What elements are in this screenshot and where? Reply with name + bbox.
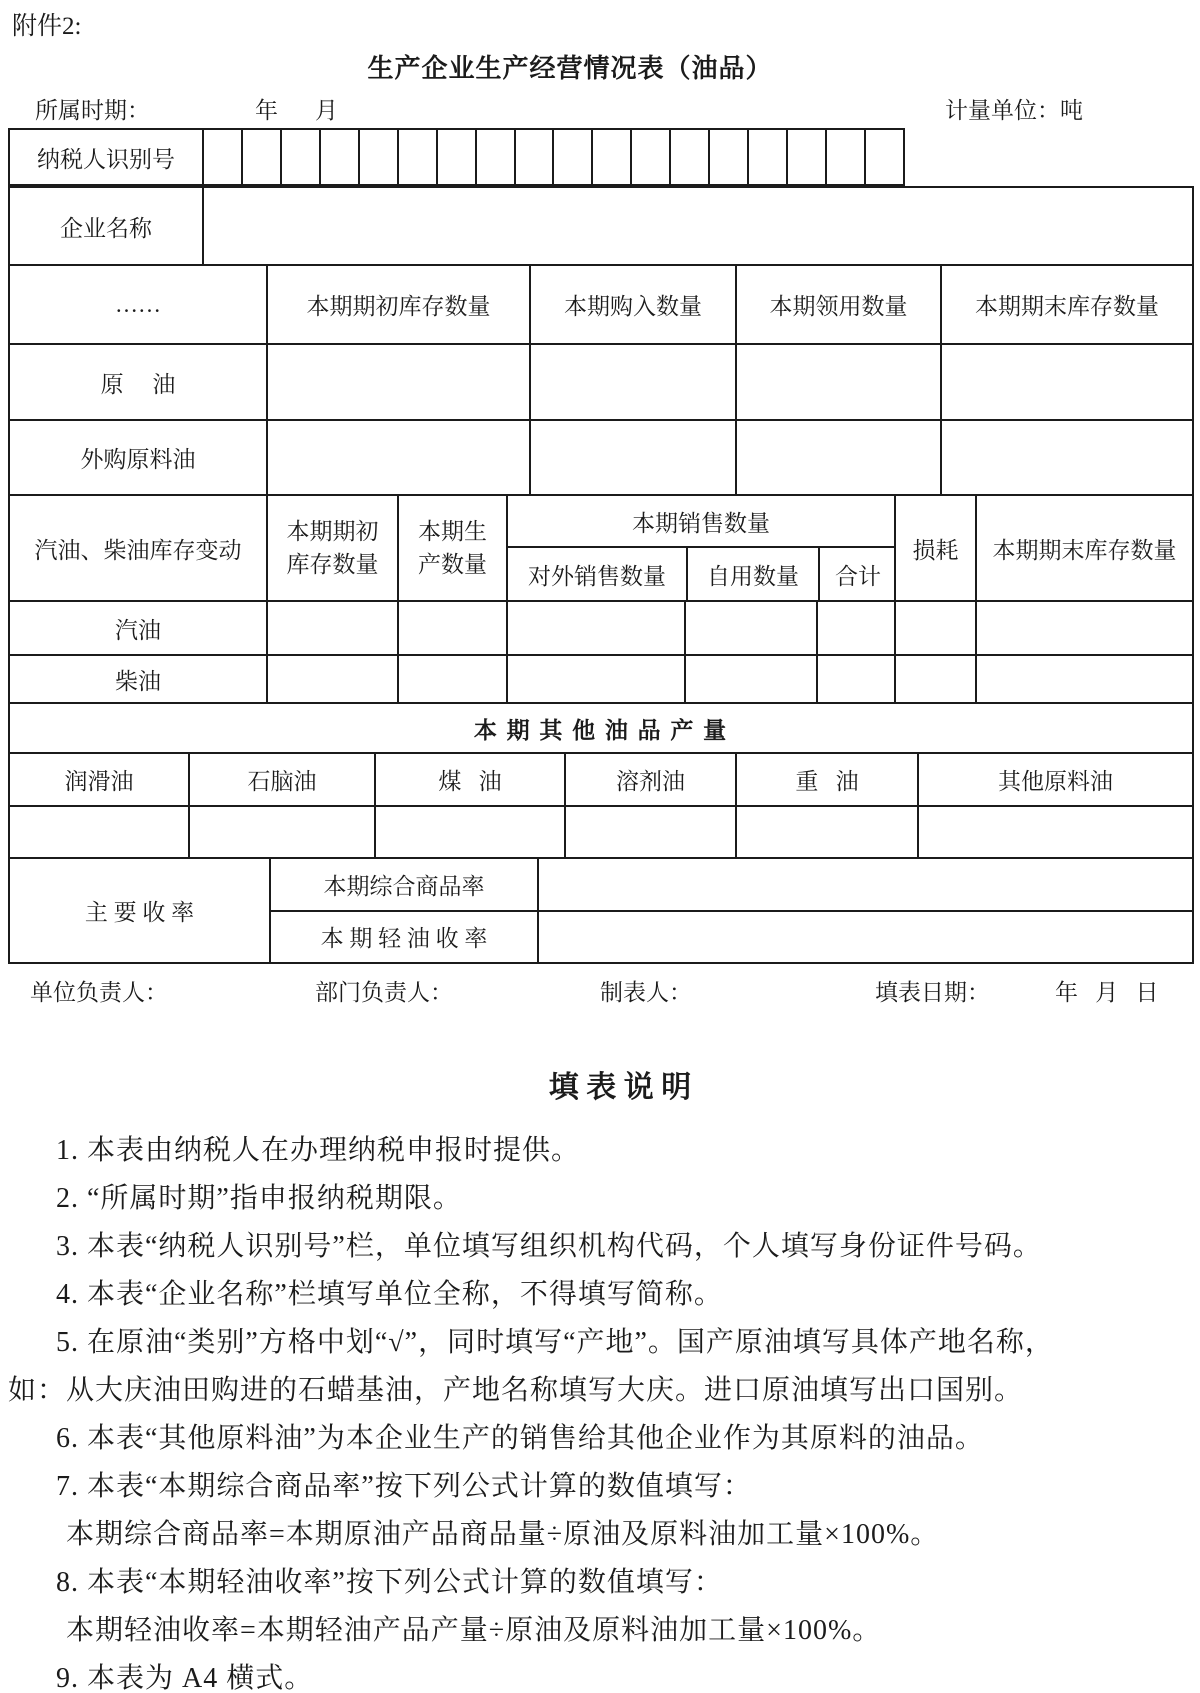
col-purchased-qty: 本期购入数量	[529, 266, 735, 343]
light-oil-yield-label: 本 期 轻 油 收 率	[271, 912, 539, 963]
col-loss: 损耗	[894, 496, 975, 600]
other-products-data-row	[10, 805, 1192, 857]
gasoline-row: 汽油	[10, 600, 1192, 654]
materials-corner-cell: ……	[10, 266, 266, 343]
col-self-use: 自用数量	[686, 548, 818, 600]
period-month-blank: 月	[315, 92, 338, 125]
other-feedstock-oil-cell	[917, 807, 1192, 857]
unit-head-label: 单位负责人：	[30, 974, 168, 1007]
taxpayer-id-box	[397, 130, 436, 184]
instruction-item-2: 2. “所属时期”指申报纳税期限。	[8, 1172, 1198, 1220]
col-sales-total: 合计	[818, 548, 896, 600]
crude-begin-stock-cell	[266, 345, 529, 419]
composite-rate-formula: 本期综合商品率=本期原油产品商品量÷原油及原料油加工量×100%。	[8, 1508, 1198, 1556]
sales-quantity-group: 本期销售数量 对外销售数量 自用数量 合计	[506, 496, 894, 600]
taxpayer-id-row: 纳税人识别号	[8, 128, 905, 186]
crude-purchased-cell	[529, 345, 735, 419]
light-oil-yield-formula: 本期轻油收率=本期轻油产品产量÷原油及原料油加工量×100%。	[8, 1604, 1198, 1652]
page-title: 生产企业生产经营情况表（油品）	[0, 48, 1140, 85]
diesel-begin-cell	[266, 656, 397, 702]
col-period-begin-stock: 本期期初 库存数量	[266, 496, 397, 600]
taxpayer-id-box	[436, 130, 475, 184]
sales-group-header: 本期销售数量	[508, 496, 894, 548]
taxpayer-id-box	[280, 130, 319, 184]
crude-oil-label: 原 油	[10, 345, 266, 419]
taxpayer-id-label: 纳税人识别号	[10, 130, 202, 184]
col-begin-stock: 本期期初库存数量	[266, 266, 529, 343]
yield-rates-label: 主 要 收 率	[10, 859, 269, 962]
gasoline-end-cell	[975, 602, 1192, 654]
instruction-item-3: 3. 本表“纳税人识别号”栏，单位填写组织机构代码，个人填写身份证件号码。	[8, 1220, 1198, 1268]
crude-used-cell	[735, 345, 940, 419]
col-other-feedstock-oil: 其他原料油	[917, 754, 1192, 805]
taxpayer-id-box	[358, 130, 397, 184]
instruction-item-6: 6. 本表“其他原料油”为本企业生产的销售给其他企业作为其原料的油品。	[8, 1412, 1198, 1460]
taxpayer-id-box	[475, 130, 514, 184]
instructions-heading: 填 表 说 明	[20, 1062, 1200, 1106]
attachment-label: 附件2:	[12, 6, 81, 42]
materials-header-row: …… 本期期初库存数量 本期购入数量 本期领用数量 本期期末库存数量	[10, 264, 1192, 343]
period-year-blank: 年	[255, 92, 278, 125]
company-name-value-cell	[202, 188, 1192, 264]
diesel-external-sales-cell	[506, 656, 684, 702]
taxpayer-id-box	[202, 130, 241, 184]
diesel-end-cell	[975, 656, 1192, 702]
feed-end-stock-cell	[940, 421, 1192, 494]
instructions-body: 1. 本表由纳税人在办理纳税申报时提供。 2. “所属时期”指申报纳税期限。 3…	[8, 1124, 1198, 1693]
diesel-self-use-cell	[684, 656, 816, 702]
instruction-item-4: 4. 本表“企业名称”栏填写单位全称，不得填写简称。	[8, 1268, 1198, 1316]
taxpayer-id-box	[630, 130, 669, 184]
purchased-feedstock-row: 外购原料油	[10, 419, 1192, 494]
taxpayer-id-box	[708, 130, 747, 184]
feed-begin-stock-cell	[266, 421, 529, 494]
instruction-item-5-cont: 如：从大庆油田购进的石蜡基油，产地名称填写大庆。进口原油填写出口国别。	[8, 1364, 1198, 1412]
taxpayer-id-box	[552, 130, 591, 184]
instruction-item-7: 7. 本表“本期综合商品率”按下列公式计算的数值填写：	[8, 1460, 1198, 1508]
col-external-sales: 对外销售数量	[508, 548, 686, 600]
taxpayer-id-box	[591, 130, 630, 184]
taxpayer-id-box	[319, 130, 358, 184]
other-products-band-title: 本 期 其 他 油 品 产 量	[10, 704, 1192, 752]
col-period-end-stock: 本期期末库存数量	[975, 496, 1192, 600]
preparer-label: 制表人：	[600, 974, 692, 1007]
stock-change-label: 汽油、柴油库存变动	[10, 496, 266, 600]
diesel-production-cell	[397, 656, 506, 702]
stock-change-header-row: 汽油、柴油库存变动 本期期初 库存数量 本期生 产数量 本期销售数量 对外销售数…	[10, 494, 1192, 600]
purchased-feedstock-label: 外购原料油	[10, 421, 266, 494]
col-heavy-oil: 重 油	[735, 754, 917, 805]
instruction-item-8: 8. 本表“本期轻油收率”按下列公式计算的数值填写：	[8, 1556, 1198, 1604]
fill-date-ymd-blank: 年 月 日	[1055, 974, 1159, 1007]
taxpayer-id-box	[669, 130, 708, 184]
composite-commodity-rate-row: 本期综合商品率	[271, 859, 1192, 910]
light-oil-yield-row: 本 期 轻 油 收 率	[271, 910, 1192, 963]
fill-date-label: 填表日期：	[875, 974, 990, 1007]
gasoline-loss-cell	[894, 602, 975, 654]
instruction-item-9: 9. 本表为 A4 横式。	[8, 1652, 1198, 1693]
taxpayer-id-box	[514, 130, 553, 184]
diesel-row: 柴油	[10, 654, 1192, 702]
taxpayer-id-box	[241, 130, 280, 184]
gasoline-begin-cell	[266, 602, 397, 654]
taxpayer-id-cells	[202, 130, 903, 184]
solvent-oil-cell	[564, 807, 735, 857]
light-oil-yield-cell	[539, 912, 1192, 963]
taxpayer-id-box	[864, 130, 903, 184]
gasoline-self-use-cell	[684, 602, 816, 654]
col-kerosene: 煤 油	[374, 754, 564, 805]
dept-head-label: 部门负责人：	[315, 974, 453, 1007]
instruction-item-5: 5. 在原油“类别”方格中划“√”，同时填写“产地”。国产原油填写具体产地名称，	[8, 1316, 1198, 1364]
heavy-oil-cell	[735, 807, 917, 857]
lubricating-oil-cell	[10, 807, 188, 857]
company-name-label: 企业名称	[10, 188, 202, 264]
gasoline-total-cell	[816, 602, 894, 654]
gasoline-external-sales-cell	[506, 602, 684, 654]
instruction-item-1: 1. 本表由纳税人在办理纳税申报时提供。	[8, 1124, 1198, 1172]
col-lubricating-oil: 润滑油	[10, 754, 188, 805]
feed-purchased-cell	[529, 421, 735, 494]
unit-of-measure-label: 计量单位：吨	[945, 92, 1083, 125]
company-name-row: 企业名称	[10, 188, 1192, 264]
gasoline-production-cell	[397, 602, 506, 654]
taxpayer-id-box	[825, 130, 864, 184]
col-end-stock: 本期期末库存数量	[940, 266, 1192, 343]
diesel-total-cell	[816, 656, 894, 702]
col-period-production: 本期生 产数量	[397, 496, 506, 600]
crude-end-stock-cell	[940, 345, 1192, 419]
naphtha-cell	[188, 807, 374, 857]
other-products-band-row: 本 期 其 他 油 品 产 量	[10, 702, 1192, 752]
composite-commodity-rate-cell	[539, 859, 1192, 910]
taxpayer-id-box	[786, 130, 825, 184]
yield-rates-section: 主 要 收 率 本期综合商品率 本 期 轻 油 收 率	[10, 857, 1192, 962]
diesel-loss-cell	[894, 656, 975, 702]
col-solvent-oil: 溶剂油	[564, 754, 735, 805]
col-naphtha: 石脑油	[188, 754, 374, 805]
crude-oil-row: 原 油	[10, 343, 1192, 419]
diesel-label: 柴油	[10, 656, 266, 702]
kerosene-cell	[374, 807, 564, 857]
gasoline-label: 汽油	[10, 602, 266, 654]
taxpayer-id-box	[747, 130, 786, 184]
period-label: 所属时期：	[35, 92, 150, 125]
other-products-header-row: 润滑油 石脑油 煤 油 溶剂油 重 油 其他原料油	[10, 752, 1192, 805]
col-used-qty: 本期领用数量	[735, 266, 940, 343]
production-operations-table: 企业名称 …… 本期期初库存数量 本期购入数量 本期领用数量 本期期末库存数量 …	[8, 186, 1194, 964]
feed-used-cell	[735, 421, 940, 494]
composite-commodity-rate-label: 本期综合商品率	[271, 859, 539, 910]
